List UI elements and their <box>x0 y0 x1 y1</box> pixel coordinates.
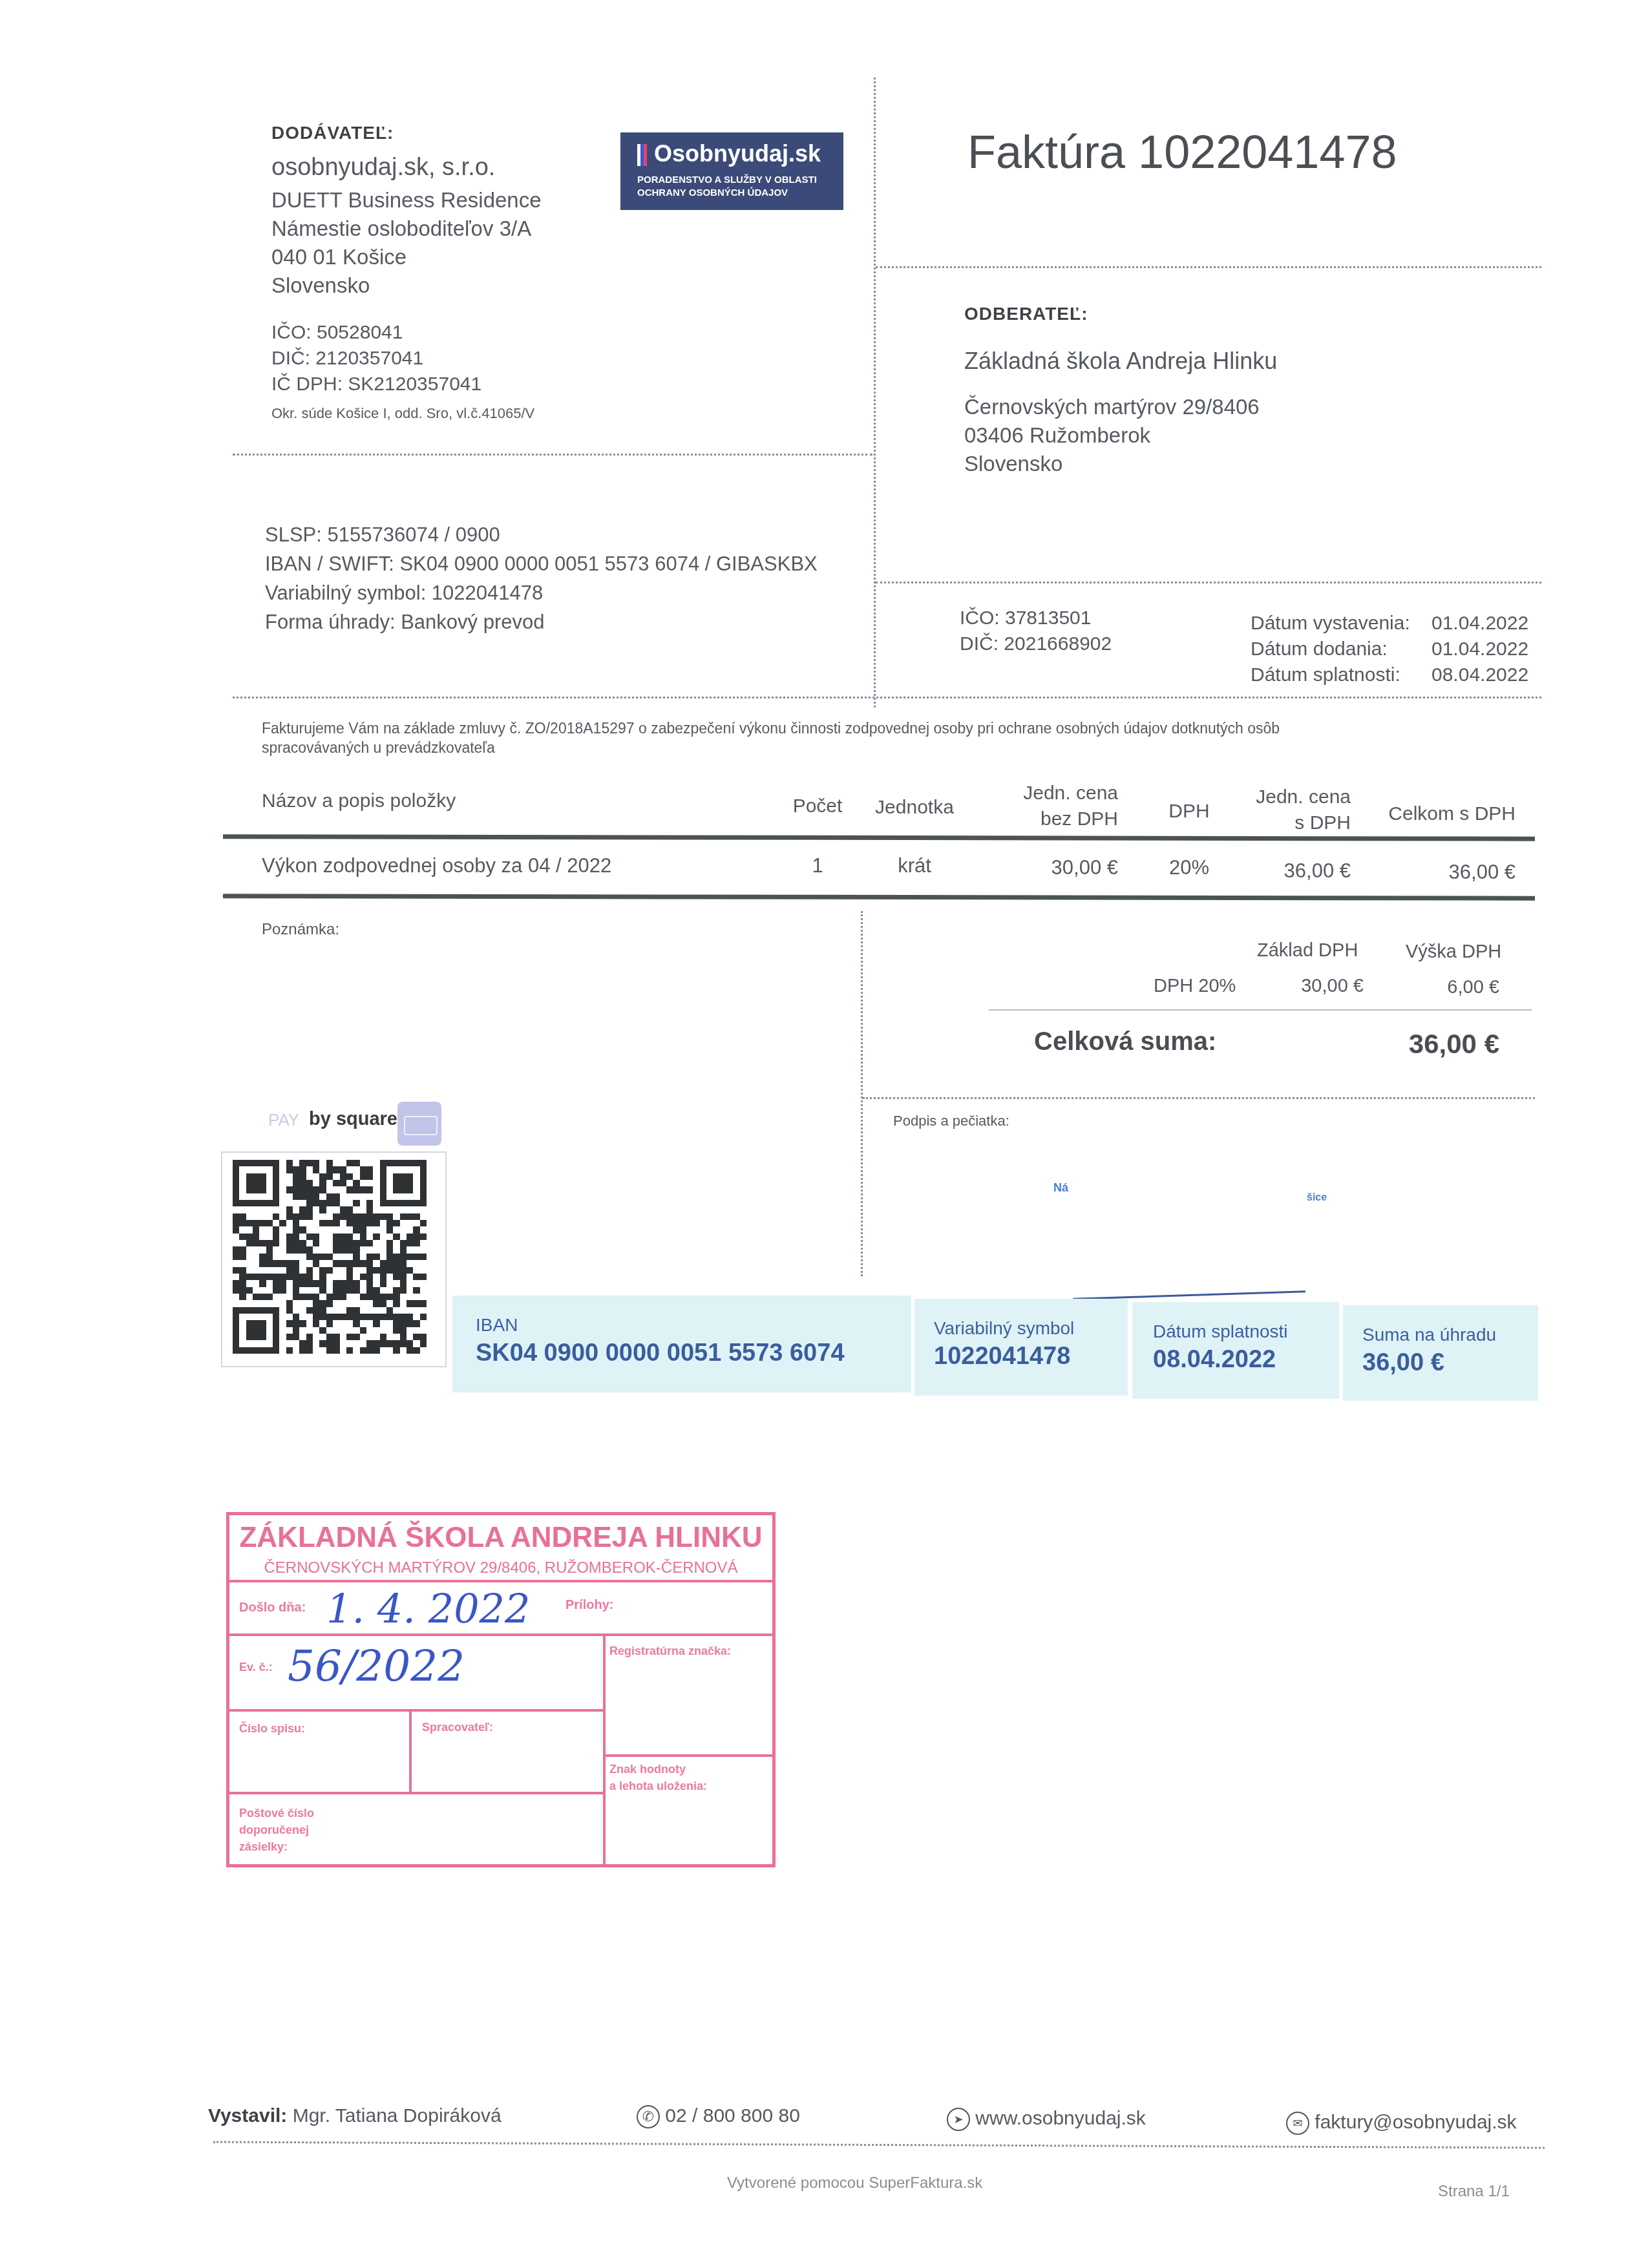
col-header-price-net: Jedn. cena bez DPH <box>1008 781 1118 832</box>
divider <box>233 697 1541 698</box>
dates-block: Dátum vystavenia:01.04.2022 Dátum dodani… <box>1251 611 1528 688</box>
date-row: Dátum dodania:01.04.2022 <box>1251 636 1528 662</box>
card-icon <box>397 1102 441 1146</box>
phone-number: 02 / 800 800 80 <box>665 2105 800 2126</box>
col-header-unit: Jednotka <box>869 795 960 821</box>
total-label: Celková suma: <box>1034 1027 1216 1056</box>
post-number-label: Poštové číslo doporučenej zásielky: <box>239 1805 314 1855</box>
customer-dic: DIČ: 2021668902 <box>960 631 1112 657</box>
invoice-intro: Fakturujeme Vám na základe zmluvy č. ZO/… <box>262 719 1280 757</box>
iban-swift: IBAN / SWIFT: SK04 0900 0000 0051 5573 6… <box>265 549 818 578</box>
customer-heading: ODBERATEĽ: <box>964 304 1088 324</box>
paybar-value: 36,00 € <box>1362 1349 1444 1377</box>
flag-icon <box>637 144 648 166</box>
retention-label: Znak hodnoty a lehota uloženia: <box>609 1761 707 1794</box>
qr-code[interactable] <box>233 1160 427 1354</box>
col-header-price-gross: Jedn. cena s DPH <box>1241 784 1351 836</box>
divider <box>863 1097 1535 1099</box>
stamp-fragment: Ná <box>1053 1181 1068 1195</box>
vat-rate: DPH 20% <box>1154 976 1236 997</box>
attachments-label: Prílohy: <box>565 1598 613 1613</box>
vat-rule <box>989 1009 1532 1011</box>
divider <box>876 582 1541 583</box>
received-date: 1. 4. 2022 <box>326 1585 531 1632</box>
item-qty: 1 <box>785 854 850 877</box>
signature-label: Podpis a pečiatka: <box>893 1113 1009 1129</box>
post-label-1: Poštové číslo <box>239 1805 314 1822</box>
logo-tagline-2: OCHRANY OSOBNÝCH ÚDAJOV <box>637 187 817 200</box>
col-header-price-net-1: Jedn. cena <box>1008 781 1118 806</box>
col-header-vat: DPH <box>1157 799 1221 824</box>
date-label: Dátum vystavenia: <box>1251 611 1431 636</box>
item-price-gross: 36,00 € <box>1241 859 1351 883</box>
vat-header-amount: Výška DPH <box>1406 941 1501 963</box>
page-number: Strana 1/1 <box>1438 2183 1510 2201</box>
intro-line: Fakturujeme Vám na základe zmluvy č. ZO/… <box>262 719 1280 738</box>
cursor-icon: ➤ <box>947 2108 970 2131</box>
website-link[interactable]: www.osobnyudaj.sk <box>975 2108 1145 2129</box>
vertical-divider <box>874 78 876 708</box>
paybar-value: SK04 0900 0000 0051 5573 6074 <box>476 1339 845 1367</box>
date-value: 01.04.2022 <box>1431 613 1528 634</box>
supplier-name: osobnyudaj.sk, s.r.o. <box>271 154 495 182</box>
logo-tagline-1: PORADENSTVO A SLUŽBY V OBLASTI <box>637 174 817 187</box>
vat-header-base: Základ DPH <box>1257 940 1358 961</box>
phone-icon: ✆ <box>637 2105 660 2128</box>
footer-divider <box>213 2141 1545 2149</box>
supplier-registry: Okr. súde Košice I, odd. Sro, vl.č.41065… <box>271 405 534 422</box>
retention-label-2: a lehota uloženia: <box>609 1778 707 1794</box>
supplier-ids: IČO: 50528041 DIČ: 2120357041 IČ DPH: SK… <box>271 320 481 397</box>
by-square-label: by square <box>309 1109 397 1130</box>
footer-email[interactable]: ✉ faktury@osobnyudaj.sk <box>1286 2112 1517 2135</box>
supplier-address-line: 040 01 Košice <box>271 243 542 271</box>
paybar-key: Dátum splatnosti <box>1153 1321 1288 1342</box>
post-label-3: zásielky: <box>239 1838 314 1855</box>
col-header-price-gross-2: s DPH <box>1241 810 1351 836</box>
logo-brand: Osobnyudaj.sk <box>654 140 821 167</box>
registry-mark-label: Registratúrna značka: <box>609 1644 731 1658</box>
item-unit: krát <box>869 854 960 877</box>
vertical-divider <box>861 911 863 1276</box>
supplier-ic-dph: IČ DPH: SK2120357041 <box>271 372 481 397</box>
supplier-address-line: DUETT Business Residence <box>271 186 542 215</box>
stamp-fragment: šice <box>1307 1192 1327 1204</box>
supplier-dic: DIČ: 2120357041 <box>271 346 481 372</box>
post-label-2: doporučenej <box>239 1822 314 1838</box>
intro-line: spracovávaných u prevádzkovateľa <box>262 738 1280 757</box>
supplier-address: DUETT Business Residence Námestie oslobo… <box>271 186 542 300</box>
logo-tagline: PORADENSTVO A SLUŽBY V OBLASTI OCHRANY O… <box>637 174 817 200</box>
customer-name: Základná škola Andreja Hlinku <box>964 348 1277 375</box>
retention-label-1: Znak hodnoty <box>609 1761 707 1778</box>
email-link[interactable]: faktury@osobnyudaj.sk <box>1315 2112 1516 2133</box>
date-label: Dátum dodania: <box>1251 636 1431 662</box>
ev-number: 56/2022 <box>288 1641 465 1691</box>
paybar-variable-symbol: Variabilný symbol 1022041478 <box>914 1299 1128 1396</box>
invoice-title: Faktúra 1022041478 <box>967 126 1397 179</box>
customer-address-line: Černovských martýrov 29/8406 <box>964 393 1260 421</box>
mail-icon: ✉ <box>1286 2112 1309 2135</box>
paybar-key: Suma na úhradu <box>1362 1325 1496 1345</box>
divider <box>233 454 872 456</box>
item-price-net: 30,00 € <box>1008 856 1118 879</box>
issued-by-label: Vystavil: <box>208 2105 287 2126</box>
received-label: Došlo dňa: <box>239 1601 306 1615</box>
customer-ids: IČO: 37813501 DIČ: 2021668902 <box>960 605 1112 657</box>
customer-ico: IČO: 37813501 <box>960 605 1112 631</box>
vat-base: 30,00 € <box>1286 976 1364 997</box>
supplier-address-line: Slovensko <box>271 271 542 300</box>
col-header-price-net-2: bez DPH <box>1008 806 1118 832</box>
paybar-due-date: Dátum splatnosti 08.04.2022 <box>1132 1302 1339 1399</box>
divider <box>876 266 1541 268</box>
table-footer-rule <box>223 894 1535 901</box>
stamp-address: ČERNOVSKÝCH MARTÝROV 29/8406, RUŽOMBEROK… <box>236 1559 766 1577</box>
customer-address: Černovských martýrov 29/8406 03406 Ružom… <box>964 393 1260 478</box>
created-with: Vytvorené pomocou SuperFaktura.sk <box>727 2174 982 2192</box>
supplier-address-line: Námestie osloboditeľov 3/A <box>271 215 542 243</box>
payment-info: SLSP: 5155736074 / 0900 IBAN / SWIFT: SK… <box>265 520 818 636</box>
col-header-name: Názov a popis položky <box>262 788 456 814</box>
vat-amount: 6,00 € <box>1422 977 1499 998</box>
total-value: 36,00 € <box>1370 1029 1499 1060</box>
variable-symbol: Variabilný symbol: 1022041478 <box>265 578 818 607</box>
paybar-amount: Suma na úhradu 36,00 € <box>1343 1305 1538 1401</box>
date-value: 01.04.2022 <box>1431 638 1528 660</box>
footer-phone: ✆ 02 / 800 800 80 <box>637 2105 800 2128</box>
paybar-iban: IBAN SK04 0900 0000 0051 5573 6074 <box>452 1296 911 1392</box>
item-name: Výkon zodpovednej osoby za 04 / 2022 <box>262 854 611 877</box>
paybar-value: 08.04.2022 <box>1153 1346 1276 1374</box>
stamp-title: ZÁKLADNÁ ŠKOLA ANDREJA HLINKU <box>236 1522 766 1554</box>
ev-label: Ev. č.: <box>239 1661 273 1674</box>
supplier-heading: DODÁVATEĽ: <box>271 123 394 143</box>
date-value: 08.04.2022 <box>1431 664 1528 686</box>
paybar-key: Variabilný symbol <box>934 1318 1074 1339</box>
col-header-total: Celkom s DPH <box>1360 801 1516 827</box>
supplier-ico: IČO: 50528041 <box>271 320 481 346</box>
issued-by-name: Mgr. Tatiana Dopiráková <box>293 2105 502 2126</box>
col-header-qty: Počet <box>785 793 850 819</box>
note-label: Poznámka: <box>262 921 339 939</box>
company-logo: Osobnyudaj.sk PORADENSTVO A SLUŽBY V OBL… <box>620 132 843 210</box>
date-label: Dátum splatnosti: <box>1251 662 1431 688</box>
date-row: Dátum vystavenia:01.04.2022 <box>1251 611 1528 636</box>
issued-by: Vystavil: Mgr. Tatiana Dopiráková <box>208 2105 502 2127</box>
processor-label: Spracovateľ: <box>422 1721 493 1734</box>
customer-address-line: Slovensko <box>964 450 1260 478</box>
bank-account: SLSP: 5155736074 / 0900 <box>265 520 818 549</box>
item-vat: 20% <box>1157 856 1221 879</box>
paybar-key: IBAN <box>476 1315 518 1336</box>
date-row: Dátum splatnosti:08.04.2022 <box>1251 662 1528 688</box>
customer-address-line: 03406 Ružomberok <box>964 421 1260 450</box>
footer-web[interactable]: ➤ www.osobnyudaj.sk <box>947 2108 1146 2131</box>
payment-method: Forma úhrady: Bankový prevod <box>265 607 818 636</box>
registry-stamp: ZÁKLADNÁ ŠKOLA ANDREJA HLINKU ČERNOVSKÝC… <box>226 1512 776 1867</box>
item-total: 36,00 € <box>1360 861 1516 884</box>
col-header-price-gross-1: Jedn. cena <box>1241 784 1351 810</box>
pay-label: PAY <box>268 1110 299 1130</box>
paybar-value: 1022041478 <box>934 1343 1070 1370</box>
file-number-label: Číslo spisu: <box>239 1722 305 1736</box>
